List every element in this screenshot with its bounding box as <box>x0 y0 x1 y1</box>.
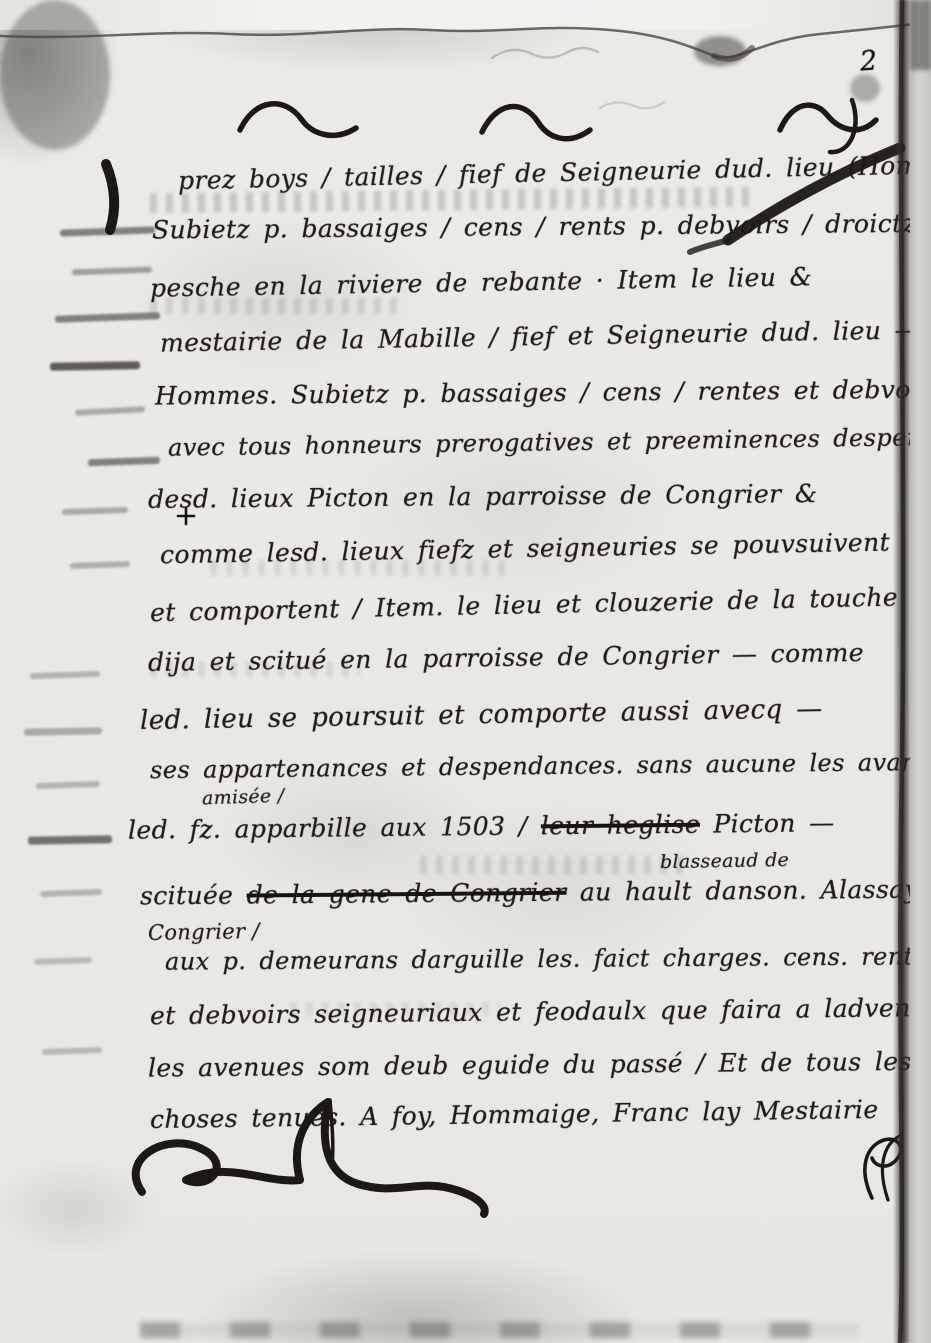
margin-ink-bar <box>106 164 114 230</box>
diagonal-ink-slash-tail <box>690 240 728 252</box>
torn-edge-line <box>0 22 931 58</box>
torn-edge-notch <box>714 48 752 59</box>
faint-scribble <box>600 102 664 108</box>
top-squiggle-flourish <box>482 106 590 138</box>
ink-flourishes <box>0 0 931 1343</box>
bottom-paraph-flourish <box>136 1102 485 1214</box>
top-squiggle-flourish <box>780 105 876 130</box>
top-squiggle-flourish <box>240 104 356 136</box>
faint-scribble <box>492 48 598 58</box>
adjacent-page-edge-shadow <box>910 0 931 70</box>
binding-shadow-strip <box>893 0 910 1343</box>
correction-cross-mark <box>178 508 194 524</box>
adjacent-page-edge <box>910 0 931 1343</box>
diagonal-ink-slash <box>728 148 900 240</box>
manuscript-scan-page: 2 prez boys / tailles / fief de Seigneur… <box>0 0 931 1343</box>
